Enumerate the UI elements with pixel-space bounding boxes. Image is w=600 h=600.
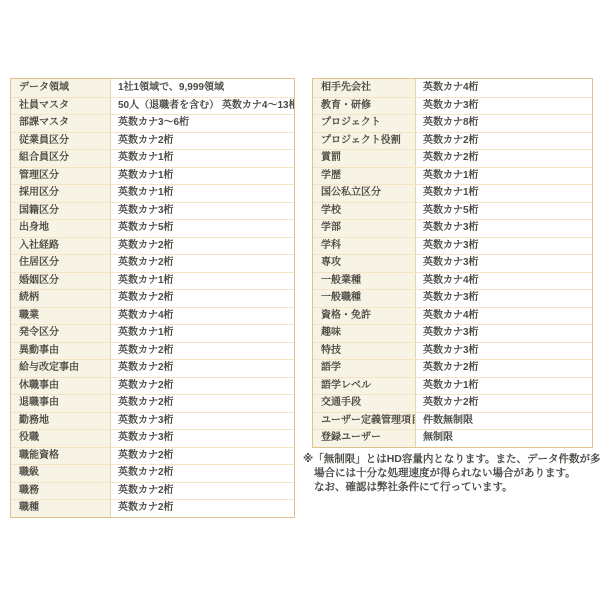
row-value: 英数カナ2桁 [111,238,294,255]
row-label: 一般職種 [313,290,416,307]
row-value: 1社1領域で、9,999領域 [111,79,294,97]
table-row: 発令区分英数カナ1桁 [11,324,294,342]
table-row: データ領域1社1領域で、9,999領域 [11,79,294,97]
row-label: 住居区分 [11,255,111,272]
table-row: 入社経路英数カナ2桁 [11,237,294,255]
footnote-line: なお、確認は弊社条件にて行っています。 [303,480,597,494]
table-row: 異動事由英数カナ2桁 [11,342,294,360]
row-label: 特技 [313,343,416,360]
table-row: 職業英数カナ4桁 [11,307,294,325]
table-row: 職能資格英数カナ2桁 [11,447,294,465]
row-value: 英数カナ3桁 [416,343,592,360]
table-row: 国籍区分英数カナ3桁 [11,202,294,220]
table-row: 資格・免許英数カナ4桁 [313,307,592,325]
row-value: 英数カナ3桁 [416,325,592,342]
row-value: 英数カナ4桁 [416,79,592,97]
table-row: 一般職種英数カナ3桁 [313,289,592,307]
table-row: 特技英数カナ3桁 [313,342,592,360]
table-row: 社員マスタ50人（退職者を含む） 英数カナ4～13桁 [11,97,294,115]
row-value: 英数カナ1桁 [111,273,294,290]
row-value: 英数カナ1桁 [111,325,294,342]
spec-table-left: データ領域1社1領域で、9,999領域社員マスタ50人（退職者を含む） 英数カナ… [10,78,295,518]
row-label: 職級 [11,465,111,482]
table-row: 登録ユーザー無制限 [313,429,592,447]
row-value: 英数カナ1桁 [416,168,592,185]
row-value: 英数カナ3桁 [111,413,294,430]
table-row: 教育・研修英数カナ3桁 [313,97,592,115]
row-label: 入社経路 [11,238,111,255]
row-label: 登録ユーザー [313,430,416,447]
row-label: 教育・研修 [313,98,416,115]
table-row: 相手先会社英数カナ4桁 [313,79,592,97]
row-label: 相手先会社 [313,79,416,97]
table-row: 語学レベル英数カナ1桁 [313,377,592,395]
row-value: 英数カナ2桁 [416,395,592,412]
table-row: 語学英数カナ2桁 [313,359,592,377]
row-label: 学科 [313,238,416,255]
row-value: 英数カナ3桁 [111,430,294,447]
row-label: 交通手段 [313,395,416,412]
row-value: 英数カナ4桁 [416,273,592,290]
table-row: 従業員区分英数カナ2桁 [11,132,294,150]
row-value: 英数カナ3桁 [416,290,592,307]
row-label: 退職事由 [11,395,111,412]
row-value: 英数カナ2桁 [111,133,294,150]
table-row: 国公私立区分英数カナ1桁 [313,184,592,202]
row-label: 勤務地 [11,413,111,430]
row-value: 英数カナ2桁 [111,343,294,360]
row-value: 英数カナ2桁 [111,395,294,412]
row-label: 従業員区分 [11,133,111,150]
row-value: 英数カナ3桁 [416,98,592,115]
table-row: プロジェクト英数カナ8桁 [313,114,592,132]
row-value: 英数カナ3桁 [416,238,592,255]
row-value: 英数カナ4桁 [111,308,294,325]
spec-table-right: 相手先会社英数カナ4桁教育・研修英数カナ3桁プロジェクト英数カナ8桁プロジェクト… [312,78,593,448]
row-value: 英数カナ2桁 [111,465,294,482]
row-value: 英数カナ2桁 [416,133,592,150]
row-value: 英数カナ1桁 [111,150,294,167]
table-row: 一般業種英数カナ4桁 [313,272,592,290]
row-label: 職能資格 [11,448,111,465]
table-row: 休職事由英数カナ2桁 [11,377,294,395]
row-value: 英数カナ3桁 [416,255,592,272]
row-value: 英数カナ2桁 [416,360,592,377]
table-row: 職務英数カナ2桁 [11,482,294,500]
table-row: 採用区分英数カナ1桁 [11,184,294,202]
table-row: 学歴英数カナ1桁 [313,167,592,185]
row-value: 英数カナ3桁 [416,220,592,237]
table-row: 続柄英数カナ2桁 [11,289,294,307]
table-row: 交通手段英数カナ2桁 [313,394,592,412]
row-label: データ領域 [11,79,111,97]
table-row: 学校英数カナ5桁 [313,202,592,220]
table-row: 役職英数カナ3桁 [11,429,294,447]
row-label: 管理区分 [11,168,111,185]
row-value: 英数カナ2桁 [111,360,294,377]
row-value: 英数カナ2桁 [111,378,294,395]
row-value: 英数カナ5桁 [416,203,592,220]
row-label: プロジェクト役割 [313,133,416,150]
row-label: 続柄 [11,290,111,307]
row-value: 英数カナ1桁 [111,185,294,202]
table-row: 勤務地英数カナ3桁 [11,412,294,430]
row-label: 学部 [313,220,416,237]
row-label: 語学 [313,360,416,377]
table-row: 出身地英数カナ5桁 [11,219,294,237]
table-row: 学部英数カナ3桁 [313,219,592,237]
row-value: 英数カナ2桁 [416,150,592,167]
row-label: 採用区分 [11,185,111,202]
table-row: 退職事由英数カナ2桁 [11,394,294,412]
row-label: 学歴 [313,168,416,185]
row-value: 英数カナ3桁 [111,203,294,220]
row-label: 社員マスタ [11,98,111,115]
row-label: 出身地 [11,220,111,237]
table-row: 専攻英数カナ3桁 [313,254,592,272]
row-label: 発令区分 [11,325,111,342]
row-value: 英数カナ1桁 [111,168,294,185]
table-row: 管理区分英数カナ1桁 [11,167,294,185]
row-label: 異動事由 [11,343,111,360]
row-value: 英数カナ4桁 [416,308,592,325]
row-label: 部課マスタ [11,115,111,132]
row-value: 無制限 [416,430,592,447]
row-value: 英数カナ2桁 [111,255,294,272]
table-row: 趣味英数カナ3桁 [313,324,592,342]
row-value: 英数カナ2桁 [111,483,294,500]
footnote-line: 場合には十分な処理速度が得られない場合があります。 [303,466,597,480]
table-row: ユーザー定義管理項目件数無制限 [313,412,592,430]
row-label: 趣味 [313,325,416,342]
row-label: 一般業種 [313,273,416,290]
footnote-line: ※「無制限」とはHD容量内となります。また、データ件数が多い [303,452,597,466]
table-row: 職級英数カナ2桁 [11,464,294,482]
table-row: 給与改定事由英数カナ2桁 [11,359,294,377]
row-label: 資格・免許 [313,308,416,325]
table-row: 組合員区分英数カナ1桁 [11,149,294,167]
row-label: 職務 [11,483,111,500]
table-row: プロジェクト役割英数カナ2桁 [313,132,592,150]
row-label: 語学レベル [313,378,416,395]
row-label: 給与改定事由 [11,360,111,377]
row-value: 英数カナ1桁 [416,185,592,202]
row-label: 婚姻区分 [11,273,111,290]
row-value: 50人（退職者を含む） 英数カナ4～13桁 [111,98,294,115]
table-row: 住居区分英数カナ2桁 [11,254,294,272]
table-row: 職種英数カナ2桁 [11,499,294,517]
row-label: 賞罰 [313,150,416,167]
row-value: 英数カナ2桁 [111,500,294,517]
row-value: 英数カナ2桁 [111,448,294,465]
row-value: 英数カナ5桁 [111,220,294,237]
row-value: 英数カナ1桁 [416,378,592,395]
row-label: 組合員区分 [11,150,111,167]
row-label: ユーザー定義管理項目 [313,413,416,430]
row-label: 国籍区分 [11,203,111,220]
row-value: 英数カナ3～6桁 [111,115,294,132]
row-value: 件数無制限 [416,413,592,430]
page: データ領域1社1領域で、9,999領域社員マスタ50人（退職者を含む） 英数カナ… [0,0,600,600]
row-label: 職種 [11,500,111,517]
row-value: 英数カナ8桁 [416,115,592,132]
row-label: 職業 [11,308,111,325]
row-label: 国公私立区分 [313,185,416,202]
footnote: ※「無制限」とはHD容量内となります。また、データ件数が多い場合には十分な処理速… [303,452,597,494]
table-row: 部課マスタ英数カナ3～6桁 [11,114,294,132]
row-label: プロジェクト [313,115,416,132]
table-row: 賞罰英数カナ2桁 [313,149,592,167]
row-label: 休職事由 [11,378,111,395]
table-row: 学科英数カナ3桁 [313,237,592,255]
row-label: 専攻 [313,255,416,272]
row-value: 英数カナ2桁 [111,290,294,307]
row-label: 役職 [11,430,111,447]
row-label: 学校 [313,203,416,220]
table-row: 婚姻区分英数カナ1桁 [11,272,294,290]
